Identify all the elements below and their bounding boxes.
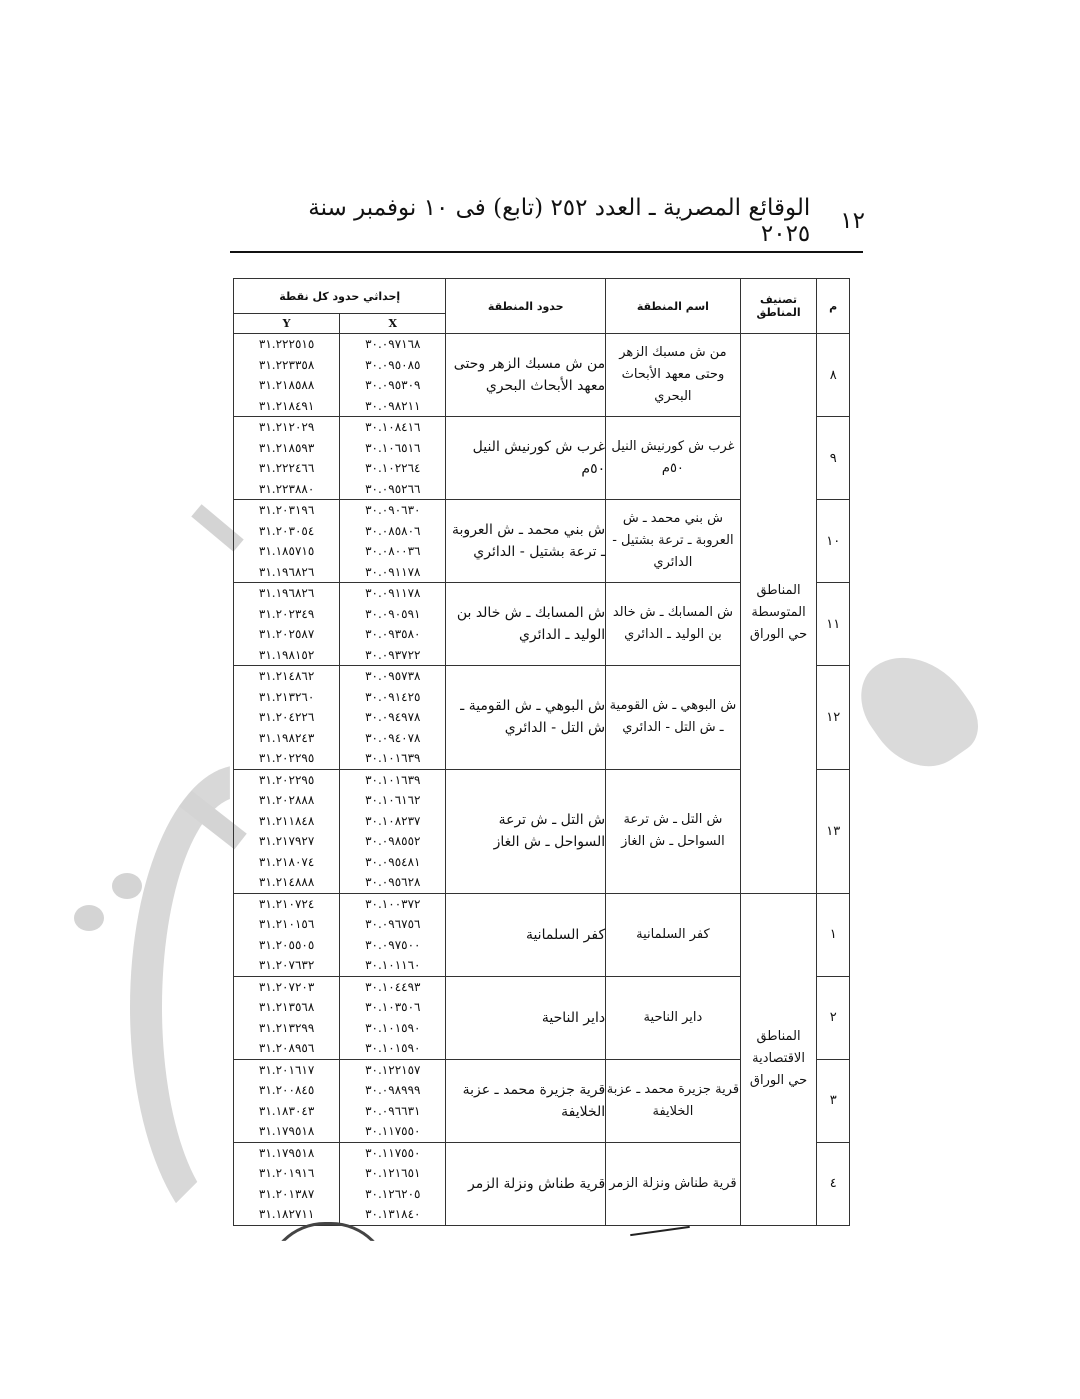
- y-value: ٣١.٢٠٢٢٩٥: [234, 748, 339, 769]
- header-divider: [230, 251, 863, 253]
- y-value: ٣١.٢١٨٥٨٨: [234, 375, 339, 396]
- y-value: ٣١.٢٠٣٠٥٤: [234, 521, 339, 542]
- area-name: قرية جزيرة محمد ـ عزبة الخلايفة: [606, 1059, 741, 1142]
- row-index: ٤: [817, 1142, 850, 1225]
- y-value: ٣١.٢٠٢٣٤٩: [234, 604, 339, 625]
- x-coordinates: ٣٠.٠٩٠٦٣٠٣٠.٠٨٥٨٠٦٣٠.٠٨٠٠٣٦٣٠.٠٩١١٧٨: [340, 500, 446, 583]
- x-value: ٣٠.١٣١٨٤٠: [340, 1204, 445, 1225]
- y-value: ٣١.١٩٦٨٢٦: [234, 583, 339, 604]
- area-bounds: ش البوهي ـ ش القومية ـ ش التل - الدائري: [446, 666, 606, 770]
- y-value: ٣١.٢١٠٧٢٤: [234, 894, 339, 915]
- y-coordinates: ٣١.٢٠٣١٩٦٣١.٢٠٣٠٥٤٣١.١٨٥٧١٥٣١.١٩٦٨٢٦: [234, 500, 340, 583]
- x-coordinates: ٣٠.٠٩١١٧٨٣٠.٠٩٠٥٩١٣٠.٠٩٣٥٨٠٣٠.٠٩٣٧٢٢: [340, 583, 446, 666]
- x-coordinates: ٣٠.١٠٤٤٩٣٣٠.١٠٣٥٠٦٣٠.١٠١٥٩٠٣٠.١٠١٥٩٠: [340, 976, 446, 1059]
- x-value: ٣٠.١٢٢١٥٧: [340, 1060, 445, 1081]
- x-value: ٣٠.٠٩٧١٦٨: [340, 334, 445, 355]
- x-value: ٣٠.٠٩٨٩٩٩: [340, 1080, 445, 1101]
- y-value: ٣١.٢٢٢٥١٥: [234, 334, 339, 355]
- official-stamp-icon: [265, 1222, 391, 1285]
- y-value: ٣١.١٩٨١٥٢: [234, 645, 339, 666]
- x-value: ٣٠.٠٩٥٦٢٨: [340, 872, 445, 893]
- x-value: ٣٠.٠٩٤٩٧٨: [340, 707, 445, 728]
- gazette-title: الوقائع المصرية ـ العدد ٢٥٢ (تابع) فى ١٠…: [260, 195, 810, 247]
- area-bounds: ش التل ـ ش ترعة السواحل ـ ش الغاز: [446, 769, 606, 893]
- area-bounds: من ش مسبك الزهر وحتى معهد الأبحاث البحري: [446, 334, 606, 417]
- area-bounds: قرية جزيرة محمد ـ عزبة الخلايفة: [446, 1059, 606, 1142]
- x-value: ٣٠.١٢١٦٥١: [340, 1163, 445, 1184]
- row-index: ٢: [817, 976, 850, 1059]
- row-index: ١٢: [817, 666, 850, 770]
- area-bounds: كفر السلمانية: [446, 893, 606, 976]
- col-header-area-name: اسم المنطقة: [606, 279, 741, 334]
- area-name: ش بني محمد ـ ش العروبة ـ ترعة بشتيل - ال…: [606, 500, 741, 583]
- y-value: ٣١.١٧٩٥١٨: [234, 1143, 339, 1164]
- x-value: ٣٠.٠٩٥٣٠٩: [340, 375, 445, 396]
- x-coordinates: ٣٠.١٠٨٤١٦٣٠.١٠٦٥١٦٣٠.١٠٢٢٦٤٣٠.٠٩٥٢٦٦: [340, 417, 446, 500]
- x-coordinates: ٣٠.١٢٢١٥٧٣٠.٠٩٨٩٩٩٣٠.٠٩٦٦٣١٣٠.١١٧٥٥٠: [340, 1059, 446, 1142]
- col-header-x: X: [340, 314, 446, 334]
- row-index: ١١: [817, 583, 850, 666]
- y-value: ٣١.١٧٩٥١٨: [234, 1121, 339, 1142]
- x-value: ٣٠.١٠١١٦٠: [340, 955, 445, 976]
- x-value: ٣٠.١٠٨٤١٦: [340, 417, 445, 438]
- col-header-index: م: [817, 279, 850, 334]
- x-value: ٣٠.١٠٠٣٧٢: [340, 894, 445, 915]
- y-coordinates: ٣١.٢٠٢٢٩٥٣١.٢٠٢٨٨٨٣١.٢١١٨٤٨٣١.٢١٧٩٢٧٣١.٢…: [234, 769, 340, 893]
- area-name: كفر السلمانية: [606, 893, 741, 976]
- x-value: ٣٠.٠٩٥٧٣٨: [340, 666, 445, 687]
- x-value: ٣٠.١٠٢٢٦٤: [340, 458, 445, 479]
- y-coordinates: ٣١.٢٠١٦١٧٣١.٢٠٠٨٤٥٣١.١٨٣٠٤٣٣١.١٧٩٥١٨: [234, 1059, 340, 1142]
- y-value: ٣١.٢٠١٩١٦: [234, 1163, 339, 1184]
- x-value: ٣٠.٠٩١١٧٨: [340, 583, 445, 604]
- x-value: ٣٠.٠٩٥٠٨٥: [340, 355, 445, 376]
- row-index: ٣: [817, 1059, 850, 1142]
- x-value: ٣٠.٠٩٥٤٨١: [340, 852, 445, 873]
- area-bounds: داير الناحية: [446, 976, 606, 1059]
- x-value: ٣٠.١٠١٥٩٠: [340, 1018, 445, 1039]
- y-value: ٣١.٢٠٧٢٠٣: [234, 977, 339, 998]
- y-value: ٣١.١٩٦٨٢٦: [234, 562, 339, 583]
- y-value: ٣١.١٩٨٢٤٣: [234, 728, 339, 749]
- table-row: ١المناطق الاقتصادية حي الوراقكفر السلمان…: [234, 893, 850, 976]
- x-value: ٣٠.١٠٦١٦٢: [340, 790, 445, 811]
- x-value: ٣٠.١٠٣٥٠٦: [340, 997, 445, 1018]
- x-value: ٣٠.١١٧٥٥٠: [340, 1143, 445, 1164]
- y-value: ٣١.٢١٣٢٩٩: [234, 1018, 339, 1039]
- area-name: ش المسابك ـ ش خالد بن الوليد ـ الدائري: [606, 583, 741, 666]
- y-coordinates: ٣١.٢١٠٧٢٤٣١.٢١٠١٥٦٣١.٢٠٥٥٠٥٣١.٢٠٧٦٣٢: [234, 893, 340, 976]
- x-value: ٣٠.١٠٤٤٩٣: [340, 977, 445, 998]
- y-coordinates: ٣١.٢١٢٠٢٩٣١.٢١٨٥٩٣٣١.٢٢٢٤٦٦٣١.٢٢٣٨٨٠: [234, 417, 340, 500]
- x-value: ٣٠.٠٩٠٥٩١: [340, 604, 445, 625]
- area-name: غرب ش كورنيش النيل ٥٠م: [606, 417, 741, 500]
- area-name: ش البوهي ـ ش القومية ـ ش التل - الدائري: [606, 666, 741, 770]
- x-value: ٣٠.٠٩٣٥٨٠: [340, 624, 445, 645]
- x-value: ٣٠.٠٩٧٥٠٠: [340, 935, 445, 956]
- x-value: ٣٠.٠٩١٤٢٥: [340, 687, 445, 708]
- y-value: ٣١.٢٠١٦١٧: [234, 1060, 339, 1081]
- col-header-area-bounds: حدود المنطقة: [446, 279, 606, 334]
- x-value: ٣٠.٠٩٨٢١١: [340, 396, 445, 417]
- area-bounds: ش بني محمد ـ ش العروبة ـ ترعة بشتيل - ال…: [446, 500, 606, 583]
- area-bounds: غرب ش كورنيش النيل ٥٠م: [446, 417, 606, 500]
- area-bounds: ش المسابك ـ ش خالد بن الوليد ـ الدائري: [446, 583, 606, 666]
- row-index: ٩: [817, 417, 850, 500]
- x-value: ٣٠.١٠١٦٣٩: [340, 748, 445, 769]
- y-value: ٣١.٢١٠١٥٦: [234, 914, 339, 935]
- area-name: من ش مسبك الزهر وحتى معهد الأبحاث البحري: [606, 334, 741, 417]
- x-value: ٣٠.٠٨٠٠٣٦: [340, 541, 445, 562]
- x-value: ٣٠.١٠٦٥١٦: [340, 438, 445, 459]
- y-value: ٣١.٢٢٣٨٨٠: [234, 479, 339, 500]
- y-coordinates: ٣١.٢٠٧٢٠٣٣١.٢١٣٥٦٨٣١.٢١٣٢٩٩٣١.٢٠٨٩٥٦: [234, 976, 340, 1059]
- row-index: ١: [817, 893, 850, 976]
- row-index: ١٠: [817, 500, 850, 583]
- y-coordinates: ٣١.٢١٤٨٦٢٣١.٢١٣٢٦٠٣١.٢٠٤٢٢٦٣١.١٩٨٢٤٣٣١.٢…: [234, 666, 340, 770]
- zone-classification: المناطق الاقتصادية حي الوراق: [740, 893, 817, 1225]
- y-value: ٣١.٢٠٢٥٨٧: [234, 624, 339, 645]
- area-name: داير الناحية: [606, 976, 741, 1059]
- x-value: ٣٠.١٠١٥٩٠: [340, 1038, 445, 1059]
- x-coordinates: ٣٠.٠٩٧١٦٨٣٠.٠٩٥٠٨٥٣٠.٠٩٥٣٠٩٣٠.٠٩٨٢١١: [340, 334, 446, 417]
- y-value: ٣١.٢١٢٠٢٩: [234, 417, 339, 438]
- watermark-dot-icon: [112, 873, 142, 899]
- y-value: ٣١.٢١٨٤٩١: [234, 396, 339, 417]
- y-value: ٣١.٢٠٠٨٤٥: [234, 1080, 339, 1101]
- area-name: قرية طناش ونزلة الزمر: [606, 1142, 741, 1225]
- col-header-coordinates: إحداثي حدود كل نقطة: [234, 279, 446, 314]
- zone-classification: المناطق المتوسطة حي الوراق: [740, 334, 817, 894]
- x-coordinates: ٣٠.٠٩٥٧٣٨٣٠.٠٩١٤٢٥٣٠.٠٩٤٩٧٨٣٠.٠٩٤٠٧٨٣٠.١…: [340, 666, 446, 770]
- x-value: ٣٠.٠٩٥٢٦٦: [340, 479, 445, 500]
- y-value: ٣١.٢١٣٢٦٠: [234, 687, 339, 708]
- y-value: ٣١.٢٠٤٢٢٦: [234, 707, 339, 728]
- y-value: ٣١.٢١٧٩٢٧: [234, 831, 339, 852]
- y-value: ٣١.٢٠٢٢٩٥: [234, 770, 339, 791]
- y-value: ٣١.٢٠٢٨٨٨: [234, 790, 339, 811]
- y-value: ٣١.٢٠١٣٨٧: [234, 1184, 339, 1205]
- x-value: ٣٠.٠٩٨٥٥٢: [340, 831, 445, 852]
- signature-stroke: [630, 1226, 690, 1236]
- y-value: ٣١.١٨٥٧١٥: [234, 541, 339, 562]
- x-value: ٣٠.٠٩٠٦٣٠: [340, 500, 445, 521]
- y-value: ٣١.٢٠٨٩٥٦: [234, 1038, 339, 1059]
- x-value: ٣٠.٠٩٣٧٢٢: [340, 645, 445, 666]
- y-value: ٣١.٢٠٣١٩٦: [234, 500, 339, 521]
- x-value: ٣٠.٠٩٦٧٥٦: [340, 914, 445, 935]
- y-value: ٣١.٢١٤٨٦٢: [234, 666, 339, 687]
- y-value: ٣١.٢١٨٠٧٤: [234, 852, 339, 873]
- page-header: ١٢ الوقائع المصرية ـ العدد ٢٥٢ (تابع) فى…: [260, 203, 865, 239]
- y-coordinates: ٣١.١٧٩٥١٨٣١.٢٠١٩١٦٣١.٢٠١٣٨٧٣١.١٨٢٧١١: [234, 1142, 340, 1225]
- y-coordinates: ٣١.١٩٦٨٢٦٣١.٢٠٢٣٤٩٣١.٢٠٢٥٨٧٣١.١٩٨١٥٢: [234, 583, 340, 666]
- y-value: ٣١.٢٠٧٦٣٢: [234, 955, 339, 976]
- y-value: ٣١.٢١٤٨٨٨: [234, 872, 339, 893]
- page-number: ١٢: [840, 208, 865, 234]
- y-value: ٣١.٢٠٥٥٠٥: [234, 935, 339, 956]
- y-value: ٣١.٢٢٣٣٥٨: [234, 355, 339, 376]
- y-coordinates: ٣١.٢٢٢٥١٥٣١.٢٢٣٣٥٨٣١.٢١٨٥٨٨٣١.٢١٨٤٩١: [234, 334, 340, 417]
- col-header-classification: تصنيف المناطق: [740, 279, 817, 334]
- table-row: ٨المناطق المتوسطة حي الوراقمن ش مسبك الز…: [234, 334, 850, 417]
- x-value: ٣٠.٠٩١١٧٨: [340, 562, 445, 583]
- x-value: ٣٠.١٠١٦٣٩: [340, 770, 445, 791]
- row-index: ١٣: [817, 769, 850, 893]
- zones-table: م تصنيف المناطق اسم المنطقة حدود المنطقة…: [233, 278, 850, 1226]
- y-value: ٣١.٢١٨٥٩٣: [234, 438, 339, 459]
- x-value: ٣٠.١١٧٥٥٠: [340, 1121, 445, 1142]
- area-name: ش التل ـ ش ترعة السواحل ـ ش الغاز: [606, 769, 741, 893]
- col-header-y: Y: [234, 314, 340, 334]
- y-value: ٣١.١٨٢٧١١: [234, 1204, 339, 1225]
- y-value: ٣١.٢٢٢٤٦٦: [234, 458, 339, 479]
- watermark-emblem-icon: [844, 634, 991, 787]
- x-value: ٣٠.٠٩٦٦٣١: [340, 1101, 445, 1122]
- x-coordinates: ٣٠.١٠٠٣٧٢٣٠.٠٩٦٧٥٦٣٠.٠٩٧٥٠٠٣٠.١٠١١٦٠: [340, 893, 446, 976]
- x-value: ٣٠.١٠٨٢٣٧: [340, 811, 445, 832]
- y-value: ٣١.٢١٣٥٦٨: [234, 997, 339, 1018]
- x-coordinates: ٣٠.١١٧٥٥٠٣٠.١٢١٦٥١٣٠.١٢٦٢٠٥٣٠.١٣١٨٤٠: [340, 1142, 446, 1225]
- watermark-dot-icon: [74, 905, 104, 931]
- x-value: ٣٠.٠٩٤٠٧٨: [340, 728, 445, 749]
- y-value: ٣١.١٨٣٠٤٣: [234, 1101, 339, 1122]
- x-value: ٣٠.١٢٦٢٠٥: [340, 1184, 445, 1205]
- y-value: ٣١.٢١١٨٤٨: [234, 811, 339, 832]
- area-bounds: قرية طناش ونزلة الزمر: [446, 1142, 606, 1225]
- row-index: ٨: [817, 334, 850, 417]
- x-coordinates: ٣٠.١٠١٦٣٩٣٠.١٠٦١٦٢٣٠.١٠٨٢٣٧٣٠.٠٩٨٥٥٢٣٠.٠…: [340, 769, 446, 893]
- x-value: ٣٠.٠٨٥٨٠٦: [340, 521, 445, 542]
